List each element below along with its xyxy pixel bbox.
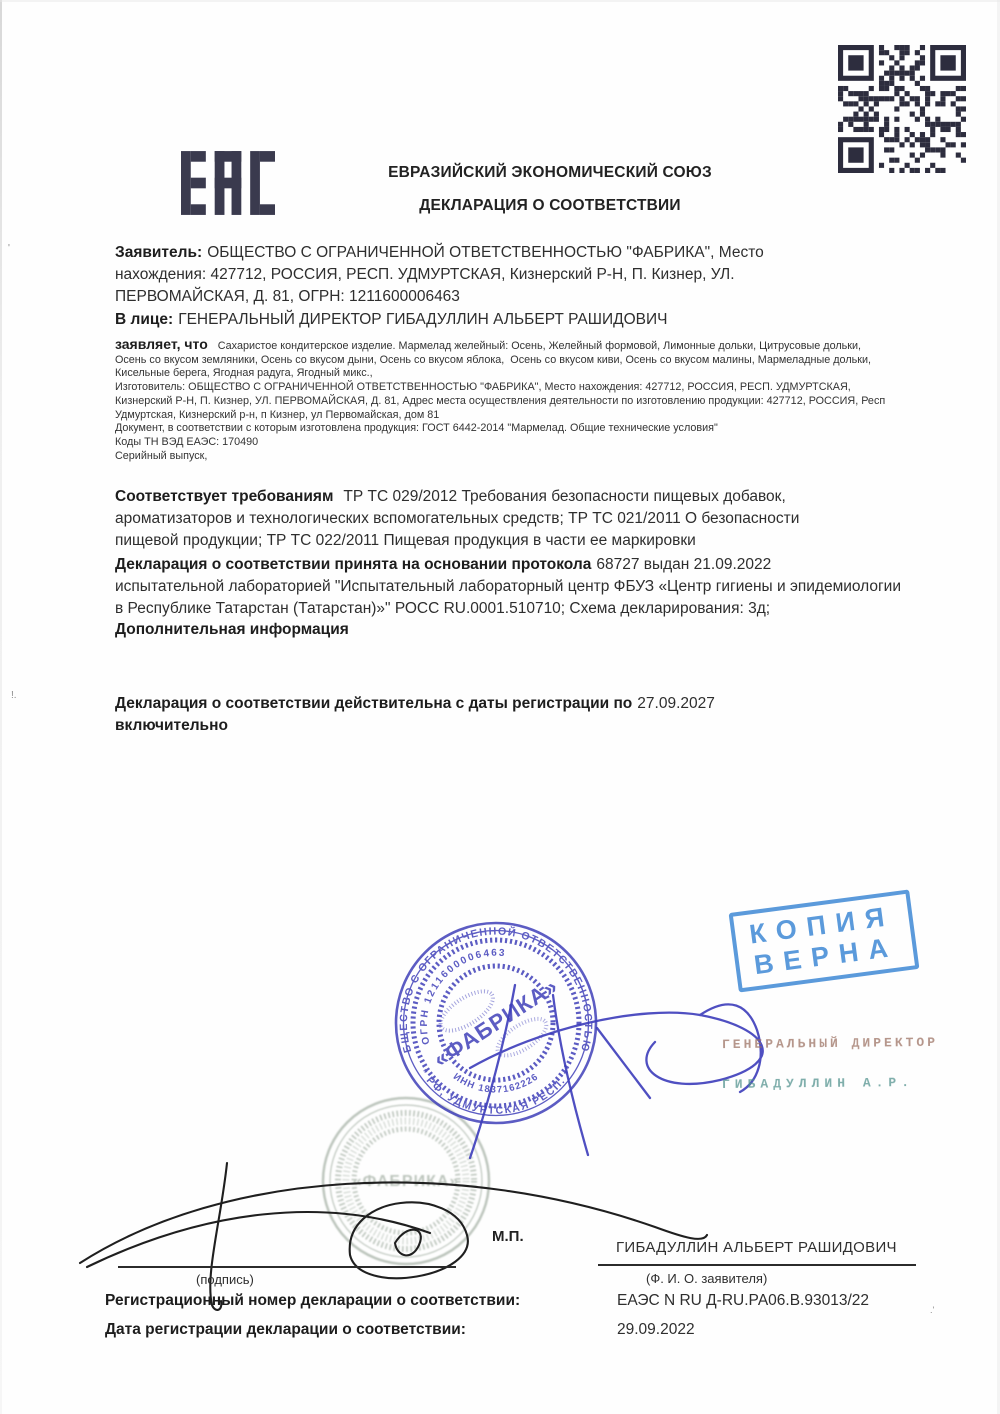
mp-seal-label: М.П. xyxy=(492,1228,524,1245)
additional-info-heading: Дополнительная информация xyxy=(115,621,349,639)
document-page: ' !. .' ЕВРАЗИЙСКИЙ ЭКОНОМИЧЕСКИЙ СОЮЗ Д… xyxy=(0,0,1000,1414)
registration-date-label: Дата регистрации декларации о соответств… xyxy=(105,1321,466,1339)
validity-bold: Декларация о соответствии действительна … xyxy=(115,695,632,712)
declares-line: Осень со вкусом земляники, Осень со вкус… xyxy=(115,354,947,368)
document-title: ДЕКЛАРАЦИЯ О СООТВЕТСТВИИ xyxy=(100,197,1000,215)
union-title: ЕВРАЗИЙСКИЙ ЭКОНОМИЧЕСКИЙ СОЮЗ xyxy=(100,164,1000,182)
declares-line: Коды ТН ВЭД ЕАЭС: 170490 xyxy=(115,436,947,450)
scan-speck: .' xyxy=(930,1305,934,1315)
qr-code xyxy=(838,45,966,173)
compliance-line: ароматизаторов и технологических вспомог… xyxy=(115,508,927,530)
basis-line: в Республике Татарстан (Татарстан)»" РОС… xyxy=(115,598,945,620)
applicant-signature-black xyxy=(55,1135,735,1315)
registration-number-label: Регистрационный номер декларации о соотв… xyxy=(105,1292,520,1310)
compliance-line: ТР ТС 029/2012 Требования безопасности п… xyxy=(343,488,785,505)
declares-line: Сахаристое кондитерское изделие. Мармела… xyxy=(218,340,861,352)
applicant-paragraph: Заявитель:ОБЩЕСТВО С ОГРАНИЧЕННОЙ ОТВЕТС… xyxy=(115,242,927,307)
basis-line: испытательной лабораторией "Испытательны… xyxy=(115,576,945,598)
basis-line: 68727 выдан 21.09.2022 xyxy=(596,556,771,573)
registration-number-value: ЕАЭС N RU Д-RU.РА06.В.93013/22 xyxy=(617,1292,869,1310)
declares-line: Документ, в соответствии с которым изгот… xyxy=(115,422,947,436)
basis-label: Декларация о соответствии принята на осн… xyxy=(115,556,591,573)
validity-date: 27.09.2027 xyxy=(637,695,715,712)
scan-speck: !. xyxy=(11,690,17,701)
applicant-label: Заявитель: xyxy=(115,244,202,261)
compliance-paragraph: Соответствует требованиямТР ТС 029/2012 … xyxy=(115,486,927,551)
scan-edge-top xyxy=(0,0,1000,2)
signature-caption: (подпись) xyxy=(196,1272,254,1287)
declares-line: Удмуртская, Кизнерский р-н, п Кизнер, ул… xyxy=(115,409,947,423)
person-paragraph: В лице:ГЕНЕРАЛЬНЫЙ ДИРЕКТОР ГИБАДУЛЛИН А… xyxy=(115,309,927,331)
validity-line2: включительно xyxy=(115,715,922,737)
copy-verna-stamp: КОПИЯ ВЕРНА xyxy=(729,889,920,992)
declares-line: Изготовитель: ОБЩЕСТВО С ОГРАНИЧЕННОЙ ОТ… xyxy=(115,381,947,395)
applicant-line: нахождения: 427712, РОССИЯ, РЕСП. УДМУРТ… xyxy=(115,264,927,286)
fio-caption: (Ф. И. О. заявителя) xyxy=(646,1271,767,1286)
compliance-label: Соответствует требованиям xyxy=(115,488,333,505)
director-stamp-line2: ГИБАДУЛЛИН А.Р. xyxy=(722,1075,914,1092)
scan-speck: ' xyxy=(8,243,10,254)
applicant-line: ПЕРВОМАЙСКАЯ, Д. 81, ОГРН: 1211600006463 xyxy=(115,286,927,308)
declares-label: заявляет, что xyxy=(115,336,208,352)
declares-line: Кисельные берега, Ягодная радуга, Ягодны… xyxy=(115,367,947,381)
registration-date-value: 29.09.2022 xyxy=(617,1321,695,1339)
basis-paragraph: Декларация о соответствии принята на осн… xyxy=(115,554,945,619)
declares-line: Серийный выпуск, xyxy=(115,450,947,464)
person-text: ГЕНЕРАЛЬНЫЙ ДИРЕКТОР ГИБАДУЛЛИН АЛЬБЕРТ … xyxy=(178,311,667,328)
applicant-line: ОБЩЕСТВО С ОГРАНИЧЕННОЙ ОТВЕТСТВЕННОСТЬЮ… xyxy=(207,244,764,261)
compliance-line: пищевой продукции; ТР ТС 022/2011 Пищева… xyxy=(115,530,927,552)
validity-paragraph: Декларация о соответствии действительна … xyxy=(115,693,927,737)
applicant-fio-value: ГИБАДУЛЛИН АЛЬБЕРТ РАШИДОВИЧ xyxy=(616,1239,897,1256)
director-stamp-line1: ГЕНЕРАЛЬНЫЙ ДИРЕКТОР xyxy=(722,1035,938,1052)
declares-line: Кизнерский Р-Н, П. Кизнер, УЛ. ПЕРВОМАЙС… xyxy=(115,395,947,409)
scan-edge-left xyxy=(0,0,2,1414)
person-label: В лице: xyxy=(115,311,173,328)
signature-rule xyxy=(118,1266,456,1268)
product-description-block: заявляет, чтоСахаристое кондитерское изд… xyxy=(115,338,947,463)
fio-rule xyxy=(598,1264,916,1266)
